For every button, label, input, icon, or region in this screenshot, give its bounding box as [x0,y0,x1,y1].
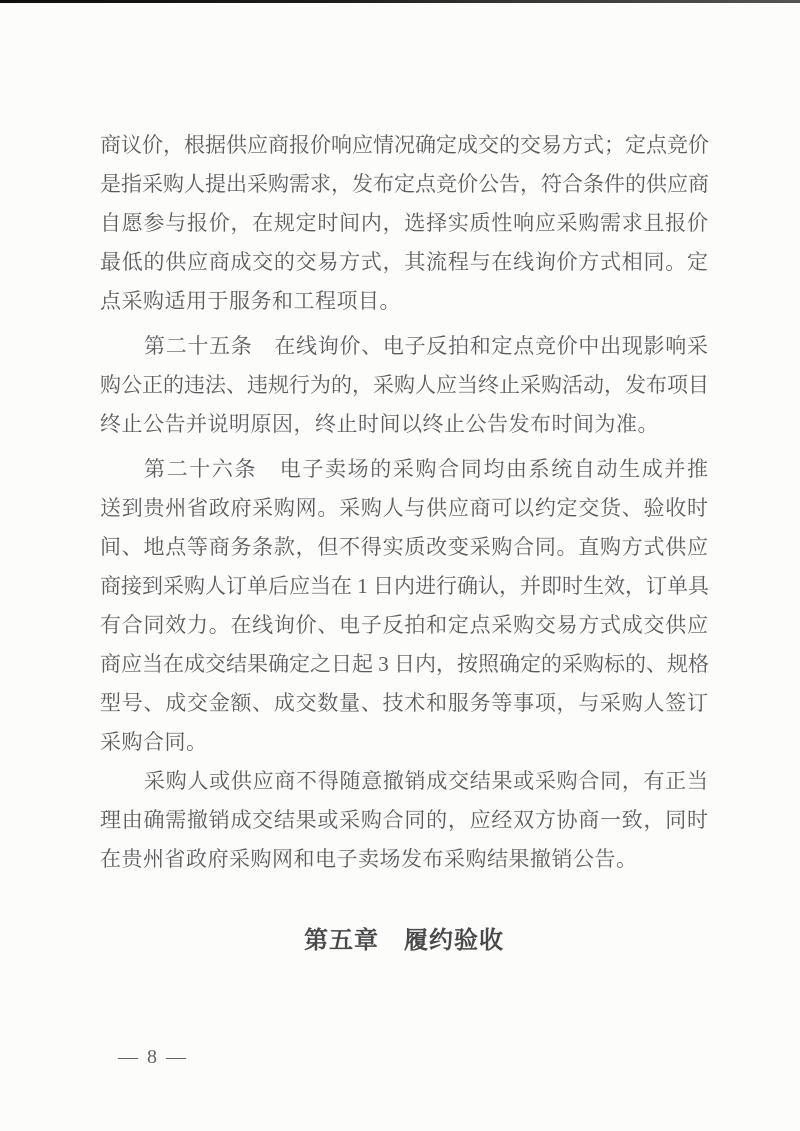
body-text: 商议价，根据供应商报价响应情况确定成交的交易方式；定点竞价 是指采购人提出采购需… [100,126,708,961]
text-line: 型号、成交金额、成交数量、技术和服务等事项，与采购人签订 [100,684,708,723]
paragraph-4: 采购人或供应商不得随意撤销成交结果或采购合同，有正当 理由确需撤销成交结果或采购… [100,762,708,879]
text-line: 第二十六条 电子卖场的采购合同均由系统自动生成并推 [100,450,708,489]
text-line: 商应当在成交结果确定之日起 3 日内，按照确定的采购标的、规格 [100,645,708,684]
paragraph-1: 商议价，根据供应商报价响应情况确定成交的交易方式；定点竞价 是指采购人提出采购需… [100,126,708,321]
text-line: 购公正的违法、违规行为的，采购人应当终止采购活动，发布项目 [100,366,708,405]
paragraph-2: 第二十五条 在线询价、电子反拍和定点竞价中出现影响采 购公正的违法、违规行为的，… [100,327,708,444]
text-line: 第二十五条 在线询价、电子反拍和定点竞价中出现影响采 [100,327,708,366]
text-line: 送到贵州省政府采购网。采购人与供应商可以约定交货、验收时 [100,489,708,528]
text-line: 终止公告并说明原因，终止时间以终止公告发布时间为准。 [100,405,708,444]
text-line: 是指采购人提出采购需求，发布定点竞价公告，符合条件的供应商 [100,165,708,204]
paragraph-3: 第二十六条 电子卖场的采购合同均由系统自动生成并推 送到贵州省政府采购网。采购人… [100,450,708,762]
document-page: 商议价，根据供应商报价响应情况确定成交的交易方式；定点竞价 是指采购人提出采购需… [0,0,800,1131]
page-number: — 8 — [118,1046,188,1069]
chapter-heading: 第五章 履约验收 [100,922,708,961]
text-line: 采购人或供应商不得随意撤销成交结果或采购合同，有正当 [100,762,708,801]
text-line: 理由确需撤销成交结果或采购合同的，应经双方协商一致，同时 [100,801,708,840]
text-line: 最低的供应商成交的交易方式，其流程与在线询价方式相同。定 [100,243,708,282]
text-line: 点采购适用于服务和工程项目。 [100,282,708,321]
text-line: 采购合同。 [100,723,708,762]
text-line: 在贵州省政府采购网和电子卖场发布采购结果撤销公告。 [100,840,708,879]
text-line: 自愿参与报价，在规定时间内，选择实质性响应采购需求且报价 [100,204,708,243]
text-line: 商议价，根据供应商报价响应情况确定成交的交易方式；定点竞价 [100,126,708,165]
scan-top-edge-artifact [0,0,800,3]
text-line: 有合同效力。在线询价、电子反拍和定点采购交易方式成交供应 [100,606,708,645]
text-line: 间、地点等商务条款，但不得实质改变采购合同。直购方式供应 [100,528,708,567]
text-line: 商接到采购人订单后应当在 1 日内进行确认，并即时生效，订单具 [100,567,708,606]
